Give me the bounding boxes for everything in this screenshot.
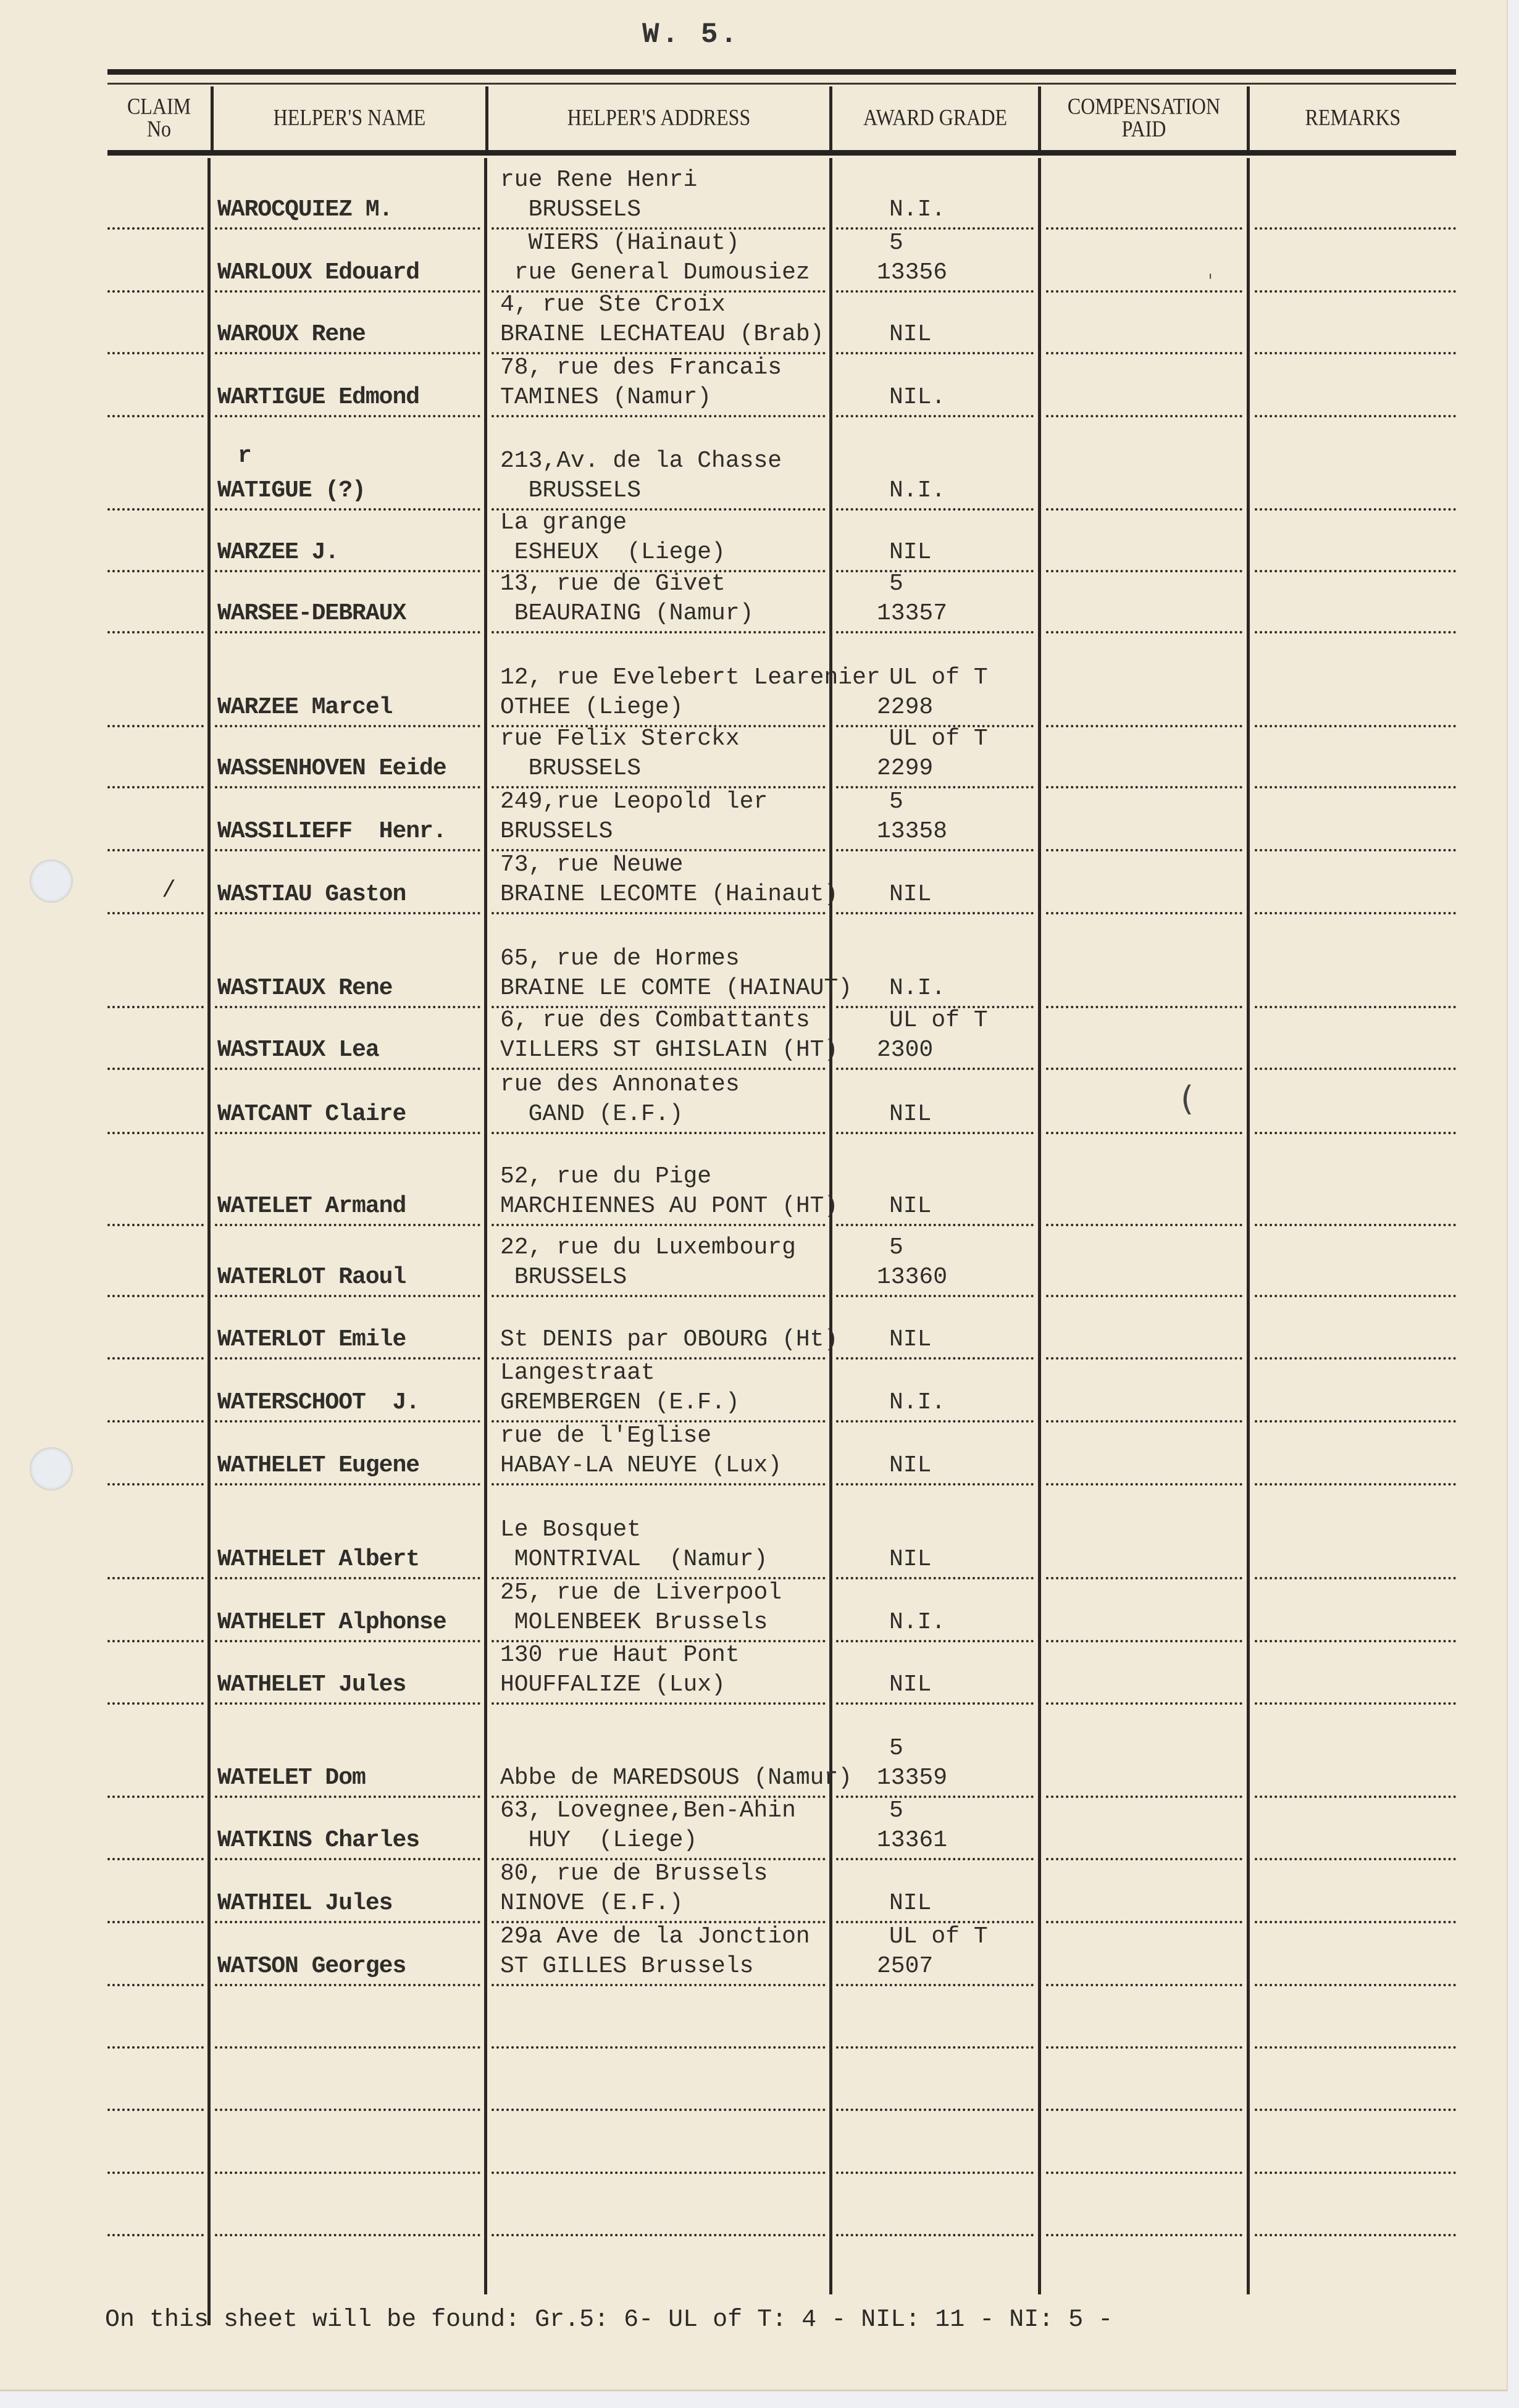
helper-address-line2: GAND (E.F.) (500, 1100, 683, 1129)
row-rule (836, 1640, 1034, 1642)
helper-name: WARSEE-DEBRAUX (217, 599, 406, 629)
row-rule (1255, 1068, 1456, 1070)
row-rule (107, 1224, 204, 1226)
row-rule (1255, 849, 1456, 851)
row-rule (215, 508, 480, 511)
column-header-remarks: REMARKS (1250, 82, 1456, 153)
row-rule (215, 725, 480, 727)
helper-address-line1: 73, rue Neuwe (500, 850, 683, 880)
row-rule (1046, 2109, 1242, 2111)
award-grade: UL of T (889, 1922, 988, 1952)
row-rule (1046, 1420, 1242, 1423)
award-grade: NIL (889, 320, 931, 349)
row-rule (215, 1640, 480, 1642)
award-grade: NIL (889, 1545, 931, 1574)
award-number: 13359 (877, 1763, 947, 1793)
row-rule (215, 912, 480, 914)
award-grade: 5 (889, 569, 903, 599)
helper-name: WATHELET Jules (217, 1670, 406, 1700)
row-rule (1255, 570, 1456, 572)
helper-address-line2: BRUSSELS (500, 476, 641, 506)
row-rule (107, 1702, 204, 1705)
helper-address-line2: ST GILLES Brussels (500, 1952, 753, 1981)
helper-name: WARLOUX Edouard (217, 258, 419, 288)
helper-address-line2: GREMBERGEN (E.F.) (500, 1388, 740, 1418)
row-rule (836, 2046, 1034, 2049)
row-rule (492, 631, 826, 633)
helper-address-line1: 4, rue Ste Croix (500, 290, 726, 320)
helper-address-line2: BRUSSELS (500, 195, 641, 225)
row-rule (492, 2109, 826, 2111)
row-rule (492, 1295, 826, 1297)
row-rule (1046, 2172, 1242, 2174)
row-rule (1255, 227, 1456, 230)
row-rule (215, 2172, 480, 2174)
helper-name: WASTIAU Gaston (217, 880, 406, 909)
helper-address-line2: BRUSSELS (500, 754, 641, 784)
award-number: 13360 (877, 1263, 947, 1292)
row-rule (836, 1577, 1034, 1579)
row-rule (215, 227, 480, 230)
helper-name: WATHELET Albert (217, 1545, 419, 1574)
row-rule (836, 1420, 1034, 1423)
row-rule (215, 1577, 480, 1579)
row-rule (1255, 1483, 1456, 1486)
row-rule (107, 570, 204, 572)
award-number: 2299 (877, 754, 933, 784)
row-rule (1255, 912, 1456, 914)
row-rule (1046, 1921, 1242, 1923)
award-grade: NIL (889, 1670, 931, 1700)
row-rule (836, 2172, 1034, 2174)
row-rule (492, 2234, 826, 2236)
helper-address-line2: Abbe de MAREDSOUS (Namur) (500, 1763, 852, 1793)
row-rule (1046, 1006, 1242, 1008)
row-rule (215, 352, 480, 354)
helper-name: WATSON Georges (217, 1952, 406, 1981)
award-grade: NIL (889, 1451, 931, 1481)
row-rule (1046, 1483, 1242, 1486)
helper-name: WAROCQUIEZ M. (217, 195, 392, 225)
row-rule (107, 1068, 204, 1070)
row-rule (215, 1796, 480, 1798)
row-rule (836, 1295, 1034, 1297)
row-rule (1046, 1640, 1242, 1642)
helper-address-line1: rue Felix Sterckx (500, 724, 740, 754)
award-grade: NIL. (889, 383, 945, 412)
row-rule (836, 508, 1034, 511)
award-grade: NIL (889, 1325, 931, 1355)
award-grade: N.I. (889, 195, 945, 225)
helper-address-line1: rue Rene Henri (500, 165, 697, 195)
header-divider (1247, 86, 1250, 150)
row-rule (836, 2109, 1034, 2111)
helper-address-line1: Langestraat (500, 1358, 655, 1388)
award-grade: 5 (889, 228, 903, 258)
helper-address-line1: 6, rue des Combattants (500, 1006, 810, 1035)
row-rule (215, 1132, 480, 1134)
row-rule (1255, 2172, 1456, 2174)
helper-name: WASTIAUX Lea (217, 1035, 379, 1065)
row-rule (215, 1006, 480, 1008)
helper-address-line1: 249,rue Leopold ler (500, 787, 768, 817)
helper-name: WATERSCHOOT J. (217, 1388, 419, 1418)
row-rule (107, 849, 204, 851)
row-rule (107, 1796, 204, 1798)
row-rule (1255, 1858, 1456, 1860)
row-rule (1255, 725, 1456, 727)
helper-name: WATHELET Alphonse (217, 1608, 446, 1637)
row-rule (836, 1224, 1034, 1226)
row-rule (215, 1984, 480, 1986)
award-number: 2507 (877, 1952, 933, 1981)
row-rule (107, 2234, 204, 2236)
pencil-mark: ( (1181, 1079, 1194, 1118)
row-rule (1046, 786, 1242, 788)
punch-hole-top (30, 859, 73, 903)
award-grade: NIL (889, 538, 931, 567)
row-rule (107, 415, 204, 417)
row-rule (492, 912, 826, 914)
row-rule (1255, 786, 1456, 788)
row-rule (836, 2234, 1034, 2236)
row-rule (492, 1702, 826, 1705)
award-number: 2300 (877, 1035, 933, 1065)
helper-name: WARZEE J. (217, 538, 338, 567)
column-header-label: COMPENSATION PAID (1068, 94, 1220, 140)
row-rule (836, 631, 1034, 633)
helper-address-line1: rue des Annonates (500, 1070, 740, 1100)
helper-address-line2: BRUSSELS (500, 817, 613, 847)
row-rule (215, 786, 480, 788)
row-rule (215, 1420, 480, 1423)
helper-address-line2: BRAINE LECOMTE (Hainaut) (500, 880, 838, 909)
helper-name: WATCANT Claire (217, 1100, 406, 1129)
header-divider (211, 86, 214, 150)
row-rule (492, 1483, 826, 1486)
helper-address-line1: WIERS (Hainaut) (500, 228, 740, 258)
row-rule (1255, 290, 1456, 293)
header-divider (829, 86, 832, 150)
award-grade: UL of T (889, 724, 988, 754)
helper-address-line1: 13, rue de Givet (500, 569, 726, 599)
row-rule (1255, 1796, 1456, 1798)
row-rule (215, 849, 480, 851)
helper-address-line2: rue General Dumousiez (500, 258, 810, 288)
row-rule (107, 1420, 204, 1423)
row-rule (215, 1224, 480, 1226)
row-rule (107, 290, 204, 293)
row-rule (1255, 1921, 1456, 1923)
row-rule (1046, 1984, 1242, 1986)
row-rule (1255, 1420, 1456, 1423)
row-rule (1255, 415, 1456, 417)
row-rule (492, 2172, 826, 2174)
row-rule (215, 1921, 480, 1923)
row-rule (1046, 912, 1242, 914)
row-rule (107, 631, 204, 633)
record-sheet: W. 5. CLAIM No HELPER'S NAME HELPER'S AD… (0, 0, 1508, 2391)
punch-hole-bottom (30, 1447, 73, 1490)
award-grade: NIL (889, 880, 931, 909)
row-rule (836, 1483, 1034, 1486)
helper-address-line1: 130 rue Haut Pont (500, 1641, 740, 1670)
row-rule (836, 1858, 1034, 1860)
row-rule (215, 1295, 480, 1297)
row-rule (1255, 1577, 1456, 1579)
row-rule (107, 1858, 204, 1860)
row-rule (1046, 227, 1242, 230)
row-rule (107, 1577, 204, 1579)
column-header-compensation-paid: COMPENSATION PAID (1041, 82, 1247, 153)
helper-address-line1: 80, rue de Brussels (500, 1859, 768, 1889)
helper-address-line2: NINOVE (E.F.) (500, 1889, 683, 1918)
column-divider (1038, 158, 1041, 2294)
award-grade: 5 (889, 1796, 903, 1826)
row-rule (836, 415, 1034, 417)
row-rule (1255, 2234, 1456, 2236)
header-divider (485, 86, 488, 150)
column-header-label: AWARD GRADE (863, 106, 1007, 129)
helper-name: WATELET Dom (217, 1763, 366, 1793)
row-rule (1046, 570, 1242, 572)
helper-name: WATKINS Charles (217, 1826, 419, 1855)
row-rule (107, 227, 204, 230)
row-rule (1046, 415, 1242, 417)
row-rule (107, 912, 204, 914)
row-rule (836, 1702, 1034, 1705)
helper-address-line2: BEAURAING (Namur) (500, 599, 753, 629)
helper-address-line2: OTHEE (Liege) (500, 693, 683, 722)
row-rule (215, 1702, 480, 1705)
helper-name: WATERLOT Emile (217, 1325, 406, 1355)
row-rule (1046, 849, 1242, 851)
row-rule (1255, 1984, 1456, 1986)
award-number: 13361 (877, 1826, 947, 1855)
helper-address-line2: HABAY-LA NEUYE (Lux) (500, 1451, 782, 1481)
row-rule (1255, 1702, 1456, 1705)
column-divider (484, 158, 487, 2294)
row-rule (492, 2046, 826, 2049)
helper-address-line1: La grange (500, 508, 627, 538)
row-rule (215, 631, 480, 633)
sheet-summary-footer: On this sheet will be found: Gr.5: 6- UL… (105, 2306, 1113, 2334)
row-rule (492, 415, 826, 417)
row-rule (1046, 1357, 1242, 1360)
award-grade: NIL (889, 1192, 931, 1221)
award-number: 13358 (877, 817, 947, 847)
helper-address-line1: Le Bosquet (500, 1515, 641, 1545)
helper-address-line1: 63, Lovegnee,Ben-Ahin (500, 1796, 796, 1826)
row-rule (107, 786, 204, 788)
row-rule (1046, 1858, 1242, 1860)
row-rule (836, 1357, 1034, 1360)
row-rule (107, 1132, 204, 1134)
helper-address-line1: 52, rue du Pige (500, 1162, 711, 1192)
row-rule (1046, 1224, 1242, 1226)
helper-address-line2: MONTRIVAL (Namur) (500, 1545, 768, 1574)
row-rule (215, 570, 480, 572)
header-top-rule (107, 69, 1456, 75)
row-rule (1255, 1224, 1456, 1226)
row-rule (1046, 1068, 1242, 1070)
row-rule (215, 1068, 480, 1070)
row-rule (836, 912, 1034, 914)
award-grade: UL of T (889, 663, 988, 693)
helper-address-line1: 29a Ave de la Jonction (500, 1922, 810, 1952)
row-rule (215, 415, 480, 417)
column-header-label: HELPER'S NAME (274, 106, 426, 129)
name-annotation: r (238, 441, 251, 471)
pencil-mark: ˌ (1208, 259, 1213, 281)
row-rule (836, 227, 1034, 230)
row-rule (836, 1796, 1034, 1798)
award-grade: UL of T (889, 1006, 988, 1035)
row-rule (1255, 352, 1456, 354)
row-rule (1255, 1006, 1456, 1008)
row-rule (107, 2109, 204, 2111)
award-grade: NIL (889, 1889, 931, 1918)
award-number: 13356 (877, 258, 947, 288)
helper-name: WASTIAUX Rene (217, 974, 392, 1003)
row-rule (1255, 508, 1456, 511)
column-header-award-grade: AWARD GRADE (832, 82, 1038, 153)
row-rule (1046, 1702, 1242, 1705)
row-rule (107, 1640, 204, 1642)
award-grade: N.I. (889, 476, 945, 506)
row-rule (492, 1132, 826, 1134)
row-rule (1046, 2046, 1242, 2049)
column-header-label: CLAIM No (127, 94, 191, 140)
header-divider (1038, 86, 1041, 150)
row-rule (1255, 1640, 1456, 1642)
row-rule (836, 786, 1034, 788)
award-grade: 5 (889, 1233, 903, 1263)
award-grade: NIL (889, 1100, 931, 1129)
column-divider (207, 158, 211, 2325)
helper-address-line2: BRAINE LE COMTE (HAINAUT) (500, 974, 852, 1003)
row-rule (836, 352, 1034, 354)
row-rule (1046, 1796, 1242, 1798)
helper-address-line1: 22, rue du Luxembourg (500, 1233, 796, 1263)
helper-name: WASSENHOVEN Eeide (217, 754, 446, 784)
helper-address-line2: HOUFFALIZE (Lux) (500, 1670, 726, 1700)
helper-name: WATHIEL Jules (217, 1889, 392, 1918)
helper-address-line2: BRAINE LECHATEAU (Brab) (500, 320, 824, 349)
helper-name: WASSILIEFF Henr. (217, 817, 446, 847)
row-rule (492, 1224, 826, 1226)
row-rule (215, 1357, 480, 1360)
award-grade: N.I. (889, 974, 945, 1003)
helper-address-line2: TAMINES (Namur) (500, 383, 711, 412)
row-rule (107, 352, 204, 354)
row-rule (107, 1357, 204, 1360)
award-grade: N.I. (889, 1388, 945, 1418)
helper-address-line1: 78, rue des Francais (500, 353, 782, 383)
row-rule (1255, 1357, 1456, 1360)
row-rule (215, 1858, 480, 1860)
row-rule (836, 1068, 1034, 1070)
award-grade: N.I. (889, 1608, 945, 1637)
row-rule (107, 2046, 204, 2049)
helper-name: WATERLOT Raoul (217, 1263, 406, 1292)
row-rule (1255, 2109, 1456, 2111)
row-rule (107, 1295, 204, 1297)
helper-name: WATHELET Eugene (217, 1451, 419, 1481)
row-rule (1046, 2234, 1242, 2236)
helper-address-line2: St DENIS par OBOURG (Ht) (500, 1325, 838, 1355)
column-header-label: HELPER'S ADDRESS (567, 106, 751, 129)
row-rule (1046, 290, 1242, 293)
row-rule (215, 290, 480, 293)
row-rule (1046, 725, 1242, 727)
column-header-helper-name: HELPER'S NAME (214, 82, 485, 153)
row-rule (107, 2172, 204, 2174)
column-header-helper-address: HELPER'S ADDRESS (488, 82, 829, 153)
award-number: 13357 (877, 599, 947, 629)
row-rule (215, 1483, 480, 1486)
helper-address-line2: HUY (Liege) (500, 1826, 697, 1855)
column-divider (829, 158, 832, 2294)
award-number: 2298 (877, 693, 933, 722)
helper-address-line1: 12, rue Evelebert Learenier (500, 663, 881, 693)
row-rule (215, 2109, 480, 2111)
column-header-label: REMARKS (1305, 106, 1401, 129)
row-rule (107, 1984, 204, 1986)
row-rule (1046, 631, 1242, 633)
row-rule (1255, 1132, 1456, 1134)
row-rule (1046, 1577, 1242, 1579)
helper-address-line2: MOLENBEEK Brussels (500, 1608, 768, 1637)
claim-number: / (162, 876, 176, 906)
column-header-claim-no: CLAIM No (107, 82, 211, 153)
row-rule (215, 2234, 480, 2236)
row-rule (1255, 2046, 1456, 2049)
helper-address-line2: MARCHIENNES AU PONT (HT) (500, 1192, 838, 1221)
helper-address-line1: 25, rue de Liverpool (500, 1578, 782, 1608)
row-rule (107, 725, 204, 727)
row-rule (836, 849, 1034, 851)
row-rule (1046, 352, 1242, 354)
helper-name: WAROUX Rene (217, 320, 366, 349)
helper-name: WARTIGUE Edmond (217, 383, 419, 412)
row-rule (215, 2046, 480, 2049)
award-grade: 5 (889, 1734, 903, 1763)
row-rule (836, 1132, 1034, 1134)
row-rule (1046, 1295, 1242, 1297)
helper-address-line2: ESHEUX (Liege) (500, 538, 726, 567)
helper-address-line1: 213,Av. de la Chasse (500, 446, 782, 476)
helper-address-line1: rue de l'Eglise (500, 1421, 711, 1451)
helper-name: WATIGUE (?) (217, 476, 366, 506)
helper-name: WARZEE Marcel (217, 693, 392, 722)
row-rule (836, 570, 1034, 572)
row-rule (836, 290, 1034, 293)
row-rule (1046, 508, 1242, 511)
award-grade: 5 (889, 787, 903, 817)
row-rule (1046, 1132, 1242, 1134)
helper-name: WATELET Armand (217, 1192, 406, 1221)
sheet-title: W. 5. (642, 19, 740, 51)
row-rule (107, 508, 204, 511)
column-divider (1247, 158, 1250, 2294)
helper-address-line2: VILLERS ST GHISLAIN (HT) (500, 1035, 838, 1065)
helper-address-line1: 65, rue de Hormes (500, 944, 740, 974)
helper-address-line2: BRUSSELS (500, 1263, 627, 1292)
row-rule (107, 1006, 204, 1008)
row-rule (107, 1921, 204, 1923)
row-rule (1255, 1295, 1456, 1297)
